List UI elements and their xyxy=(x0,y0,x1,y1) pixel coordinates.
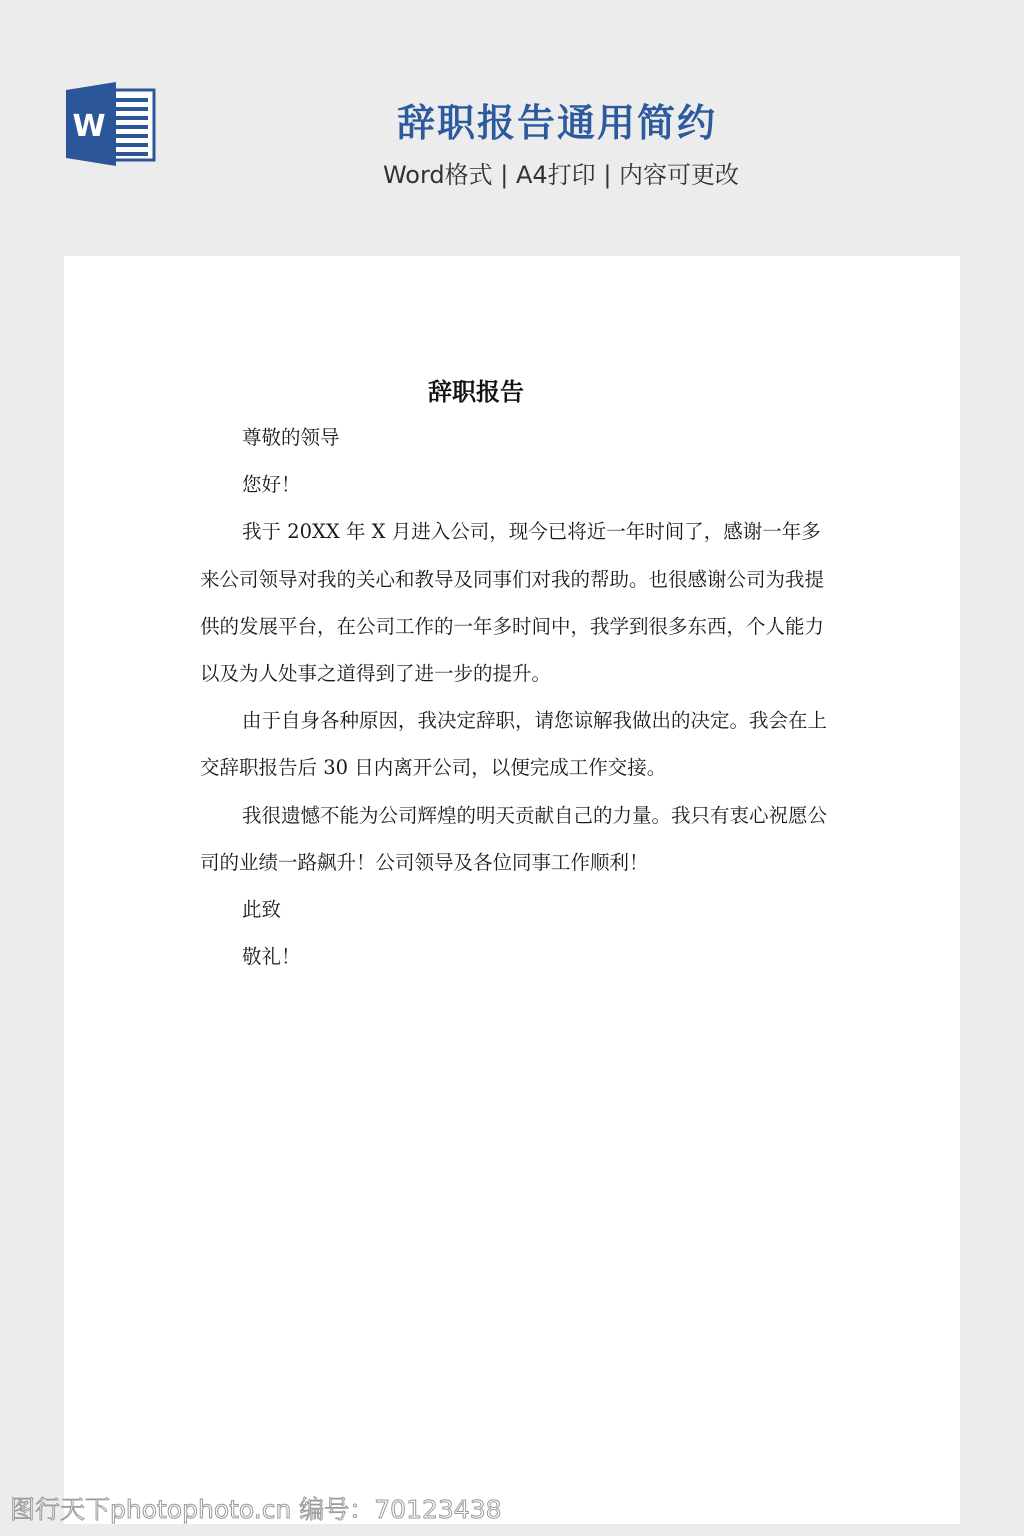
document-body: 尊敬的领导 您好！ 我于 20XX 年 X 月进入公司，现今已将近一年时间了，感… xyxy=(200,414,830,980)
body-paragraph: 我于 20XX 年 X 月进入公司，现今已将近一年时间了，感谢一年多来公司领导对… xyxy=(200,508,830,697)
closing-line: 此致 xyxy=(200,886,830,933)
closing-regards: 敬礼！ xyxy=(200,933,830,980)
body-paragraph: 我很遗憾不能为公司辉煌的明天贡献自己的力量。我只有衷心祝愿公司的业绩一路飙升！公… xyxy=(200,792,830,886)
page-title: 辞职报告通用简约 xyxy=(0,92,1024,147)
watermark: 图行天下photophoto.cn 编号：70123438 xyxy=(10,1490,502,1526)
salutation: 尊敬的领导 xyxy=(200,414,830,461)
greeting: 您好！ xyxy=(200,461,830,508)
document-title: 辞职报告 xyxy=(0,372,952,407)
body-paragraph: 由于自身各种原因，我决定辞职，请您谅解我做出的决定。我会在上交辞职报告后 30 … xyxy=(200,697,830,791)
page-subtitle: Word格式 | A4打印 | 内容可更改 xyxy=(0,155,1024,190)
